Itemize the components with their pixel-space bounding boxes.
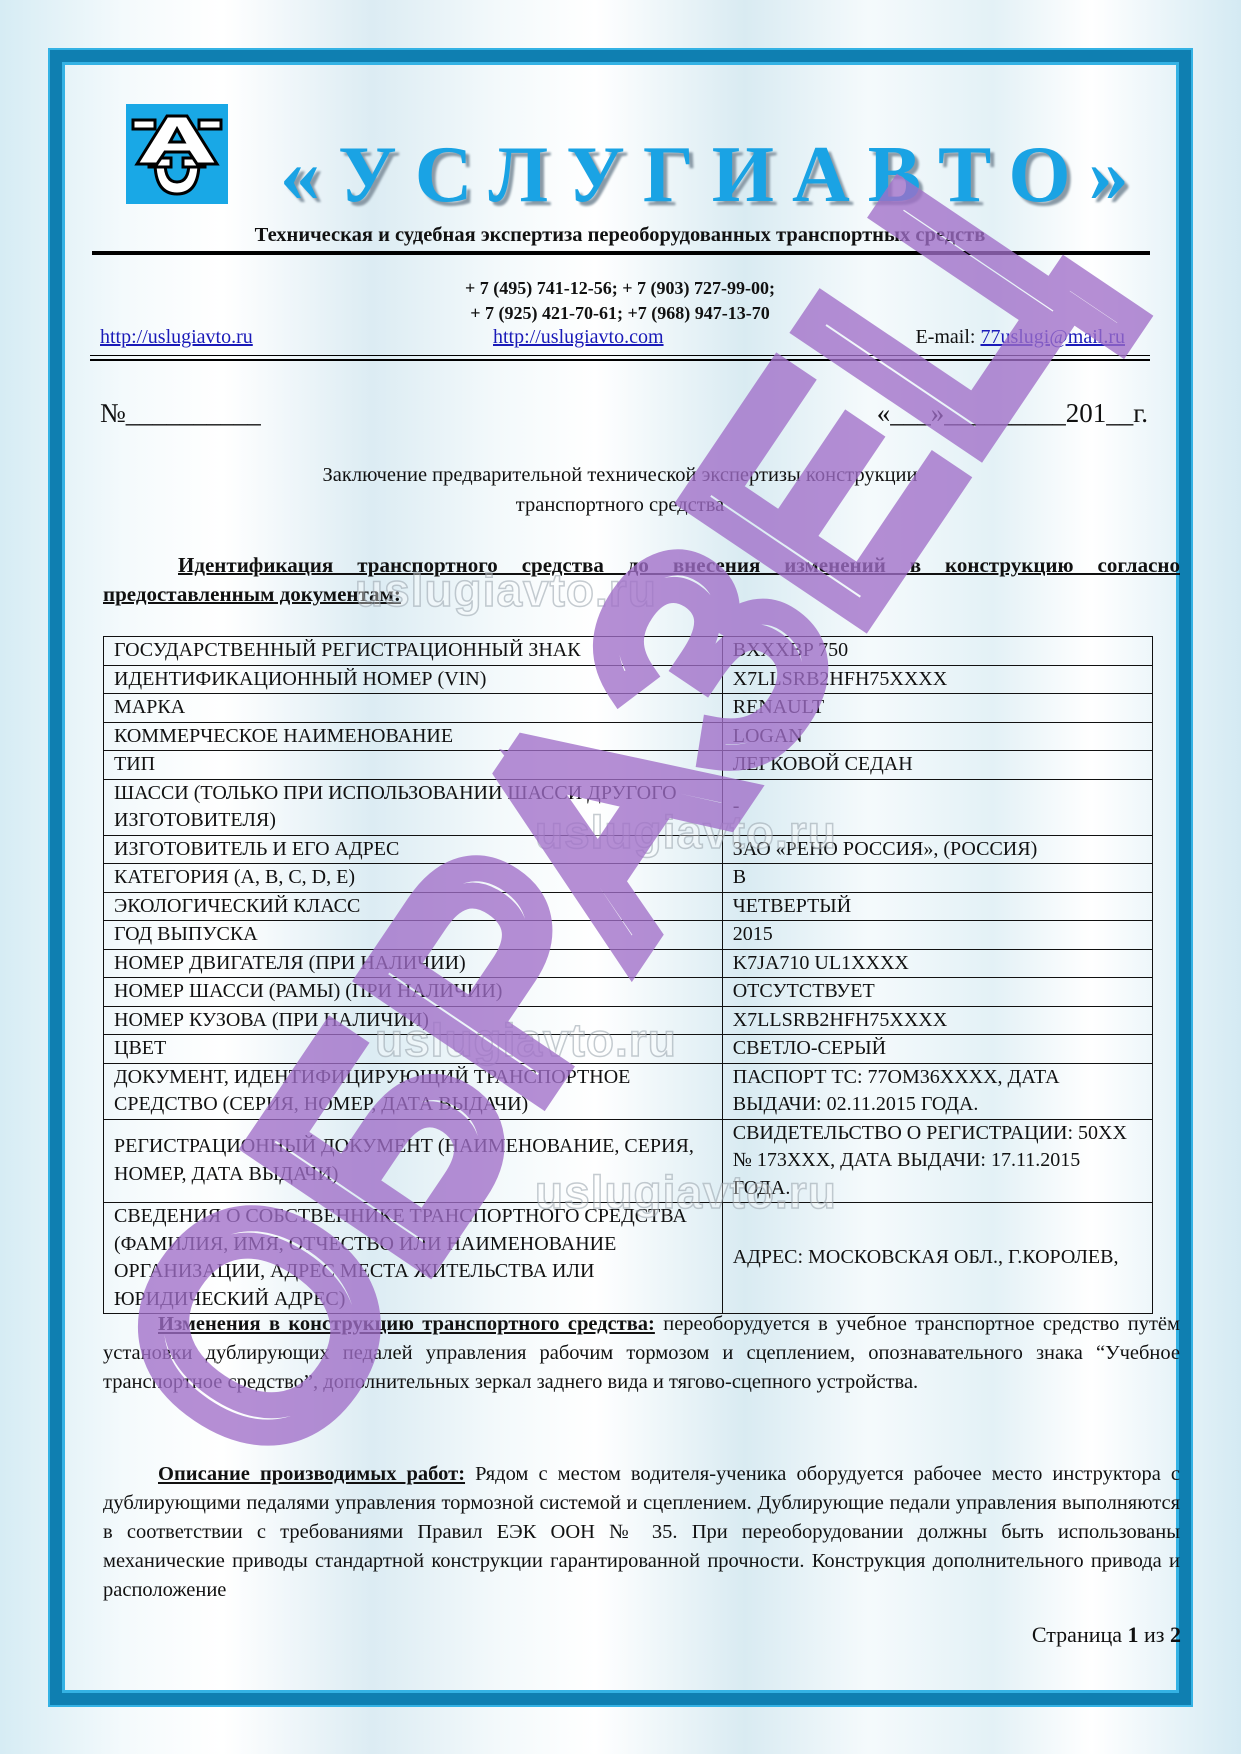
spec-field-value: RENAULT	[722, 694, 1152, 723]
table-row: ГОСУДАРСТВЕННЫЙ РЕГИСТРАЦИОННЫЙ ЗНАКBXXX…	[104, 637, 1153, 666]
spec-field-name: ЭКОЛОГИЧЕСКИЙ КЛАСС	[104, 892, 723, 921]
spec-field-value: X7LLSRB2HFH75XXXX	[722, 1006, 1152, 1035]
document-number-field: №__________	[100, 398, 261, 429]
table-row: СВЕДЕНИЯ О СОБСТВЕННИКЕ ТРАНСПОРТНОГО СР…	[104, 1203, 1153, 1314]
spec-field-name: ШАССИ (ТОЛЬКО ПРИ ИСПОЛЬЗОВАНИИ ШАССИ ДР…	[104, 779, 723, 835]
email-link[interactable]: 77uslugi@mail.ru	[980, 326, 1125, 348]
spec-field-name: КАТЕГОРИЯ (A, B, C, D, E)	[104, 864, 723, 893]
phone-numbers: + 7 (495) 741-12-56; + 7 (903) 727-99-00…	[90, 276, 1150, 326]
spec-field-value: BXXXBP 750	[722, 637, 1152, 666]
table-row: ГОД ВЫПУСКА2015	[104, 921, 1153, 950]
document-title-line-1: Заключение предварительной технической э…	[90, 460, 1150, 490]
spec-field-value: ЛЕГКОВОЙ СЕДАН	[722, 751, 1152, 780]
spec-field-name: ИДЕНТИФИКАЦИОННЫЙ НОМЕР (VIN)	[104, 665, 723, 694]
table-row: МАРКАRENAULT	[104, 694, 1153, 723]
table-row: ИДЕНТИФИКАЦИОННЫЙ НОМЕР (VIN)X7LLSRB2HFH…	[104, 665, 1153, 694]
website-ru-link[interactable]: http://uslugiavto.ru	[100, 326, 253, 349]
spec-field-name: ГОСУДАРСТВЕННЫЙ РЕГИСТРАЦИОННЫЙ ЗНАК	[104, 637, 723, 666]
table-row: НОМЕР ШАССИ (РАМЫ) (ПРИ НАЛИЧИИ)ОТСУТСТВ…	[104, 978, 1153, 1007]
website-com-link[interactable]: http://uslugiavto.com	[493, 326, 664, 349]
changes-lead: Изменения в конструкцию транспортного ср…	[158, 1313, 655, 1335]
spec-field-name: РЕГИСТРАЦИОННЫЙ ДОКУМЕНТ (НАИМЕНОВАНИЕ, …	[104, 1119, 723, 1203]
spec-field-name: МАРКА	[104, 694, 723, 723]
spec-field-value: LOGAN	[722, 722, 1152, 751]
table-row: ТИПЛЕГКОВОЙ СЕДАН	[104, 751, 1153, 780]
table-row: РЕГИСТРАЦИОННЫЙ ДОКУМЕНТ (НАИМЕНОВАНИЕ, …	[104, 1119, 1153, 1203]
spec-field-value: X7LLSRB2HFH75XXXX	[722, 665, 1152, 694]
spec-field-value: ЧЕТВЕРТЫЙ	[722, 892, 1152, 921]
spec-field-value: ПАСПОРТ ТС: 77ОМ36XXXX, ДАТА ВЫДАЧИ: 02.…	[722, 1063, 1152, 1119]
works-lead: Описание производимых работ:	[158, 1463, 465, 1485]
spec-field-name: ДОКУМЕНТ, ИДЕНТИФИЦИРУЮЩИЙ ТРАНСПОРТНОЕ …	[104, 1063, 723, 1119]
spec-field-value: B	[722, 864, 1152, 893]
spec-field-name: ГОД ВЫПУСКА	[104, 921, 723, 950]
brand-title: «УСЛУГИАВТО»	[280, 130, 1040, 220]
page-current: 1	[1128, 1622, 1139, 1647]
spec-field-value: ОТСУТСТВУЕТ	[722, 978, 1152, 1007]
table-row: ДОКУМЕНТ, ИДЕНТИФИЦИРУЮЩИЙ ТРАНСПОРТНОЕ …	[104, 1063, 1153, 1119]
spec-field-value: 2015	[722, 921, 1152, 950]
email-contact: E-mail: 77uslugi@mail.ru	[915, 326, 1125, 349]
spec-field-value: АДРЕС: МОСКОВСКАЯ ОБЛ., Г.КОРОЛЕВ,	[722, 1203, 1152, 1314]
phones-line-1: + 7 (495) 741-12-56; + 7 (903) 727-99-00…	[90, 276, 1150, 301]
contacts-divider	[90, 355, 1150, 361]
spec-field-value: -	[722, 779, 1152, 835]
phones-line-2: + 7 (925) 421-70-61; +7 (968) 947-13-70	[90, 301, 1150, 326]
spec-field-name: НОМЕР ДВИГАТЕЛЯ (ПРИ НАЛИЧИИ)	[104, 949, 723, 978]
spec-field-name: СВЕДЕНИЯ О СОБСТВЕННИКЕ ТРАНСПОРТНОГО СР…	[104, 1203, 723, 1314]
spec-field-name: ИЗГОТОВИТЕЛЬ И ЕГО АДРЕС	[104, 835, 723, 864]
email-label: E-mail:	[915, 326, 980, 348]
page-of: из	[1139, 1622, 1170, 1647]
spec-field-value: СВИДЕТЕЛЬСТВО О РЕГИСТРАЦИИ: 50XX № 173X…	[722, 1119, 1152, 1203]
table-row: ШАССИ (ТОЛЬКО ПРИ ИСПОЛЬЗОВАНИИ ШАССИ ДР…	[104, 779, 1153, 835]
spec-field-name: ТИП	[104, 751, 723, 780]
table-row: НОМЕР ДВИГАТЕЛЯ (ПРИ НАЛИЧИИ)K7JA710 UL1…	[104, 949, 1153, 978]
document-title-line-2: транспортного средства	[90, 490, 1150, 520]
table-row: НОМЕР КУЗОВА (ПРИ НАЛИЧИИ)X7LLSRB2HFH75X…	[104, 1006, 1153, 1035]
table-row: КОММЕРЧЕСКОЕ НАИМЕНОВАНИЕLOGAN	[104, 722, 1153, 751]
spec-field-value: K7JA710 UL1XXXX	[722, 949, 1152, 978]
spec-field-name: НОМЕР ШАССИ (РАМЫ) (ПРИ НАЛИЧИИ)	[104, 978, 723, 1007]
header-divider	[92, 251, 1150, 255]
page-label: Страница	[1032, 1622, 1128, 1647]
table-row: ИЗГОТОВИТЕЛЬ И ЕГО АДРЕСЗАО «РЕНО РОССИЯ…	[104, 835, 1153, 864]
company-tagline: Техническая и судебная экспертиза переоб…	[90, 224, 1150, 247]
spec-field-value: ЗАО «РЕНО РОССИЯ», (РОССИЯ)	[722, 835, 1152, 864]
contact-links: http://uslugiavto.ru http://uslugiavto.c…	[100, 326, 1125, 352]
spec-field-name: КОММЕРЧЕСКОЕ НАИМЕНОВАНИЕ	[104, 722, 723, 751]
table-row: ЦВЕТСВЕТЛО-СЕРЫЙ	[104, 1035, 1153, 1064]
page-number: Страница 1 из 2	[1032, 1622, 1181, 1648]
works-paragraph: Описание производимых работ: Рядом с мес…	[103, 1460, 1180, 1605]
table-row: ЭКОЛОГИЧЕСКИЙ КЛАССЧЕТВЕРТЫЙ	[104, 892, 1153, 921]
table-row: КАТЕГОРИЯ (A, B, C, D, E)B	[104, 864, 1153, 893]
au-monogram-logo-icon	[126, 104, 228, 204]
spec-field-name: ЦВЕТ	[104, 1035, 723, 1064]
changes-paragraph: Изменения в конструкцию транспортного ср…	[103, 1310, 1180, 1397]
page-total: 2	[1170, 1622, 1181, 1647]
spec-field-value: СВЕТЛО-СЕРЫЙ	[722, 1035, 1152, 1064]
document-date-field: «___»_________201__г.	[877, 398, 1148, 429]
vehicle-spec-table: ГОСУДАРСТВЕННЫЙ РЕГИСТРАЦИОННЫЙ ЗНАКBXXX…	[103, 636, 1153, 1314]
spec-field-name: НОМЕР КУЗОВА (ПРИ НАЛИЧИИ)	[104, 1006, 723, 1035]
document-title: Заключение предварительной технической э…	[90, 460, 1150, 520]
identification-heading: Идентификация транспортного средства до …	[103, 551, 1180, 609]
